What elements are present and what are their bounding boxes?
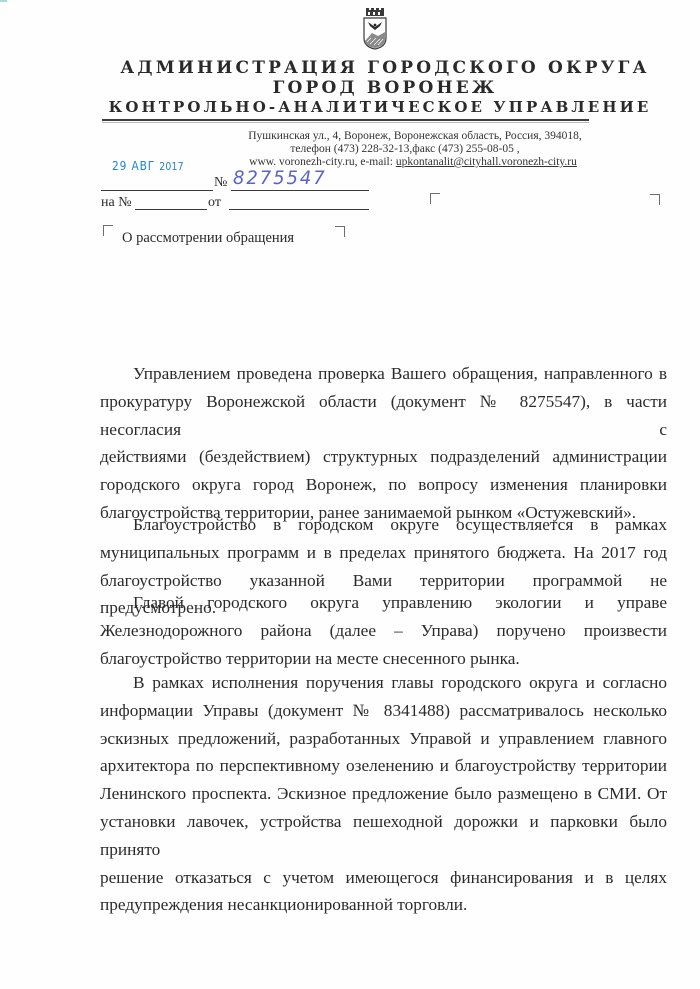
subject-bracket-right	[335, 226, 345, 237]
ref-from-label: от	[208, 195, 221, 211]
ref-number-field-line	[135, 209, 207, 210]
org-name-line-1: АДМИНИСТРАЦИЯ ГОРОДСКОГО ОКРУГА	[35, 58, 700, 78]
subject-bracket-left	[103, 225, 113, 236]
text-line: установки лавочек, устройства пешеходной…	[100, 808, 667, 864]
addressee-bracket-right	[650, 194, 660, 205]
org-name-line-2: ГОРОД ВОРОНЕЖ	[35, 78, 700, 98]
text-line: решение отказаться с учетом имеющегося ф…	[100, 864, 667, 892]
stamp-year: 2017	[159, 160, 183, 173]
text-line: городского округа город Воронеж, по вопр…	[100, 471, 667, 499]
date-stamp: 29 АВГ 2017	[112, 158, 184, 173]
text-line: информации Управы (документ № 8341488) р…	[100, 697, 667, 725]
number-field-line	[231, 190, 369, 191]
email-link[interactable]: upkontanalit@cityhall.voronezh-city.ru	[396, 156, 577, 168]
text-line: прокуратуру Воронежской области (докумен…	[100, 388, 667, 444]
text-line: эскизных предложений, разработанных Упра…	[100, 725, 667, 753]
address: Пушкинская ул., 4, Воронеж, Воронежская …	[65, 130, 700, 142]
body-paragraph-3: Главой городского округа управлению экол…	[100, 589, 667, 672]
date-field-line	[101, 190, 213, 191]
text-line: Ленинского проспекта. Эскизное предложен…	[100, 780, 667, 808]
handwritten-number: 8275547	[233, 167, 327, 189]
text-line: Железнодорожного района (далее – Управа)…	[100, 617, 667, 645]
coat-of-arms-icon	[362, 8, 388, 50]
phone-fax: телефон (473) 228-32-13,факс (473) 255-0…	[55, 143, 700, 155]
ref-date-field-line	[229, 209, 369, 210]
number-label: №	[214, 175, 227, 191]
text-line: действиями (бездействием) структурных по…	[100, 443, 667, 471]
header-rule-thin	[102, 122, 589, 123]
body-paragraph-4: В рамках исполнения поручения главы горо…	[100, 669, 667, 919]
scan-edge-mark	[0, 0, 7, 2]
text-line: Благоустройство в городском округе осуще…	[100, 511, 667, 539]
body-paragraph-1: Управлением проведена проверка Вашего об…	[100, 360, 667, 527]
text-line: муниципальных программ и в пределах прин…	[100, 539, 667, 567]
text-line: В рамках исполнения поручения главы горо…	[100, 669, 667, 697]
ref-number-label: на №	[101, 195, 132, 211]
header-rule	[102, 119, 589, 121]
org-department: КОНТРОЛЬНО-АНАЛИТИЧЕСКОЕ УПРАВЛЕНИЕ	[30, 98, 700, 116]
subject-line: О рассмотрении обращения	[122, 230, 294, 247]
text-line: Главой городского округа управлению экол…	[100, 589, 667, 617]
text-line: предупреждения несанкционированной торго…	[100, 891, 667, 919]
document-page: АДМИНИСТРАЦИЯ ГОРОДСКОГО ОКРУГА ГОРОД ВО…	[0, 0, 700, 989]
text-line: архитектора по перспективному озеленению…	[100, 752, 667, 780]
text-line: Управлением проведена проверка Вашего об…	[100, 360, 667, 388]
addressee-bracket-left	[430, 193, 440, 204]
stamp-day-month: 29 АВГ	[112, 158, 159, 173]
